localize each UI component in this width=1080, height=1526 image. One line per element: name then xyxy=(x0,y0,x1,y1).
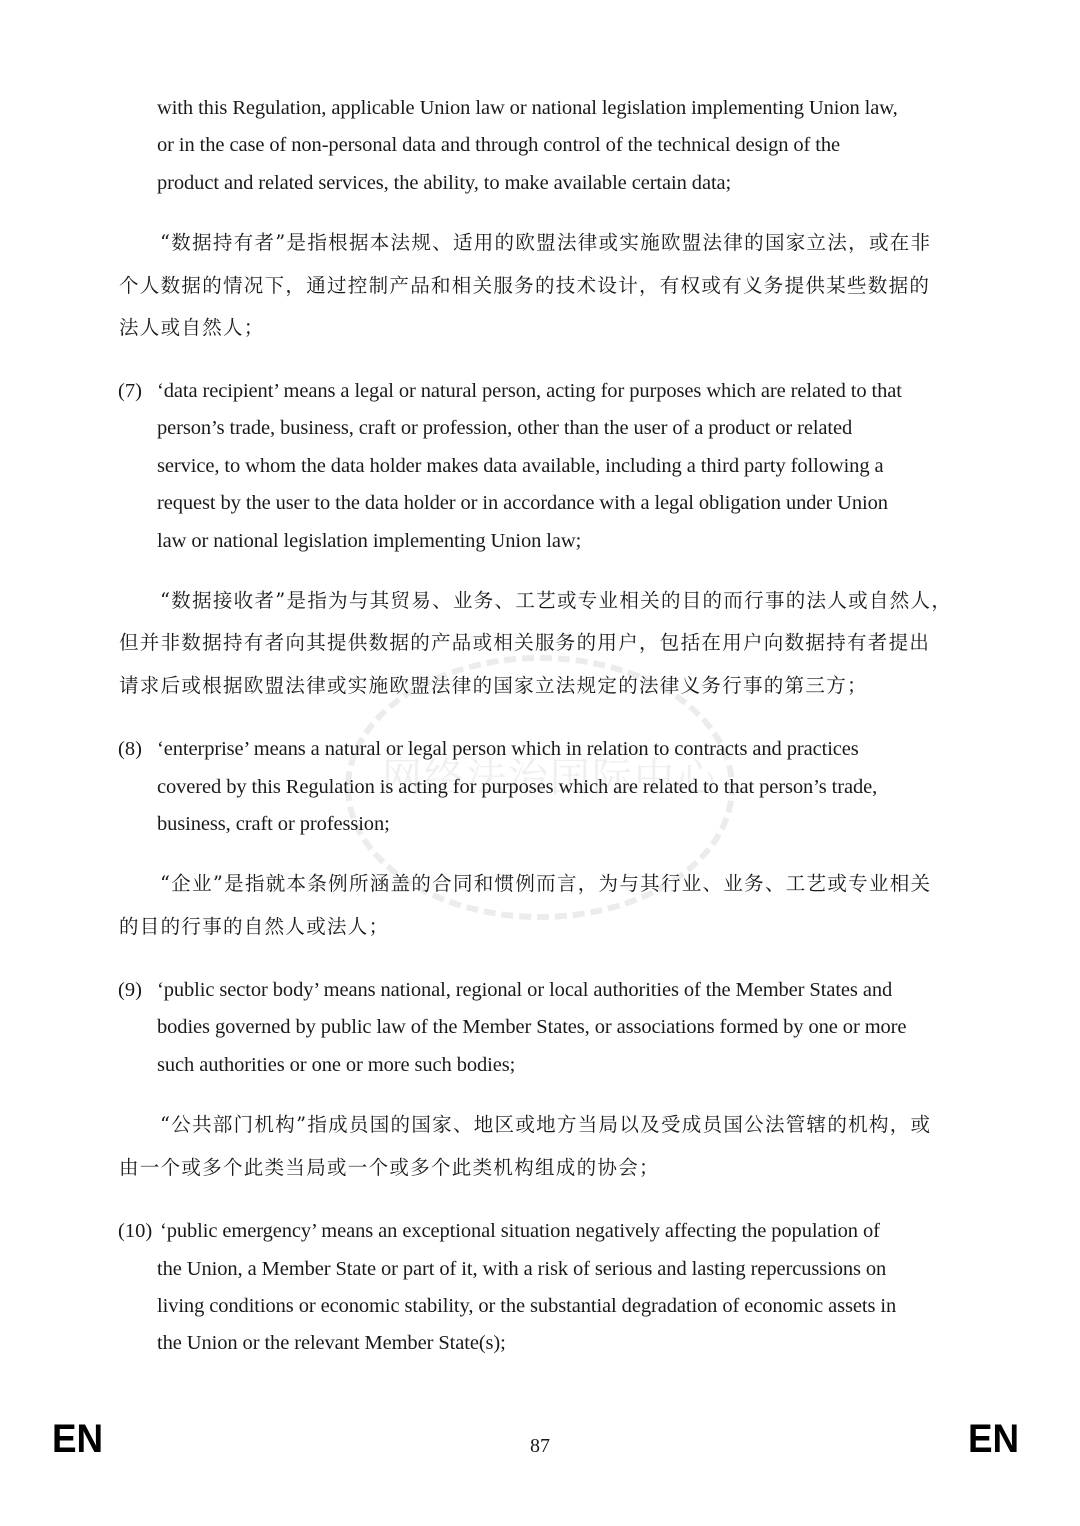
def7-en-line-4: request by the user to the data holder o… xyxy=(157,490,888,516)
definition-number-8: (8) xyxy=(118,736,142,762)
def7-en-line-1: ‘data recipient’ means a legal or natura… xyxy=(157,378,902,404)
def10-en-line-1: ‘public emergency’ means an exceptional … xyxy=(160,1218,880,1244)
intro-en-line-1: with this Regulation, applicable Union l… xyxy=(157,95,898,121)
def7-en-line-3: service, to whom the data holder makes d… xyxy=(157,453,884,479)
intro-zh-line-2: 个人数据的情况下，通过控制产品和相关服务的技术设计，有权或有义务提供某些数据的 xyxy=(119,273,930,299)
document-page: 网络法治国际中心 with this Regulation, applicabl… xyxy=(0,0,1080,1526)
def10-en-line-4: the Union or the relevant Member State(s… xyxy=(157,1330,506,1356)
intro-zh-line-1: “数据持有者”是指根据本法规、适用的欧盟法律或实施欧盟法律的国家立法，或在非 xyxy=(160,230,931,256)
def9-en-line-2: bodies governed by public law of the Mem… xyxy=(157,1014,906,1040)
def8-en-line-3: business, craft or profession; xyxy=(157,811,390,837)
def8-zh-line-1: “企业”是指就本条例所涵盖的合同和惯例而言，为与其行业、业务、工艺或专业相关 xyxy=(160,871,931,897)
definition-number-9: (9) xyxy=(118,977,142,1003)
def10-en-line-3: living conditions or economic stability,… xyxy=(157,1293,896,1319)
def7-zh-line-3: 请求后或根据欧盟法律或实施欧盟法律的国家立法规定的法律义务行事的第三方； xyxy=(119,673,868,699)
page-number: 87 xyxy=(0,1433,1080,1459)
intro-en-line-3: product and related services, the abilit… xyxy=(157,170,731,196)
intro-zh-line-3: 法人或自然人； xyxy=(119,315,265,341)
def7-zh-line-2: 但并非数据持有者向其提供数据的产品或相关服务的用户，包括在用户向数据持有者提出 xyxy=(119,630,930,656)
definition-number-7: (7) xyxy=(118,378,142,404)
def7-zh-line-1: “数据接收者”是指为与其贸易、业务、工艺或专业相关的目的而行事的法人或自然人， xyxy=(160,588,952,614)
def8-en-line-2: covered by this Regulation is acting for… xyxy=(157,774,877,800)
def7-en-line-2: person’s trade, business, craft or profe… xyxy=(157,415,852,441)
def9-zh-line-2: 由一个或多个此类当局或一个或多个此类机构组成的协会； xyxy=(119,1155,660,1181)
def9-en-line-3: such authorities or one or more such bod… xyxy=(157,1052,515,1078)
def8-zh-line-2: 的目的行事的自然人或法人； xyxy=(119,914,389,940)
def9-zh-line-1: “公共部门机构”指成员国的国家、地区或地方当局以及受成员国公法管辖的机构，或 xyxy=(160,1112,931,1138)
language-tag-right: EN xyxy=(968,1417,1019,1461)
def8-en-line-1: ‘enterprise’ means a natural or legal pe… xyxy=(157,736,859,762)
intro-en-line-2: or in the case of non-personal data and … xyxy=(157,132,840,158)
def7-en-line-5: law or national legislation implementing… xyxy=(157,528,581,554)
def9-en-line-1: ‘public sector body’ means national, reg… xyxy=(157,977,892,1003)
def10-en-line-2: the Union, a Member State or part of it,… xyxy=(157,1256,886,1282)
definition-number-10: (10) xyxy=(118,1218,152,1244)
